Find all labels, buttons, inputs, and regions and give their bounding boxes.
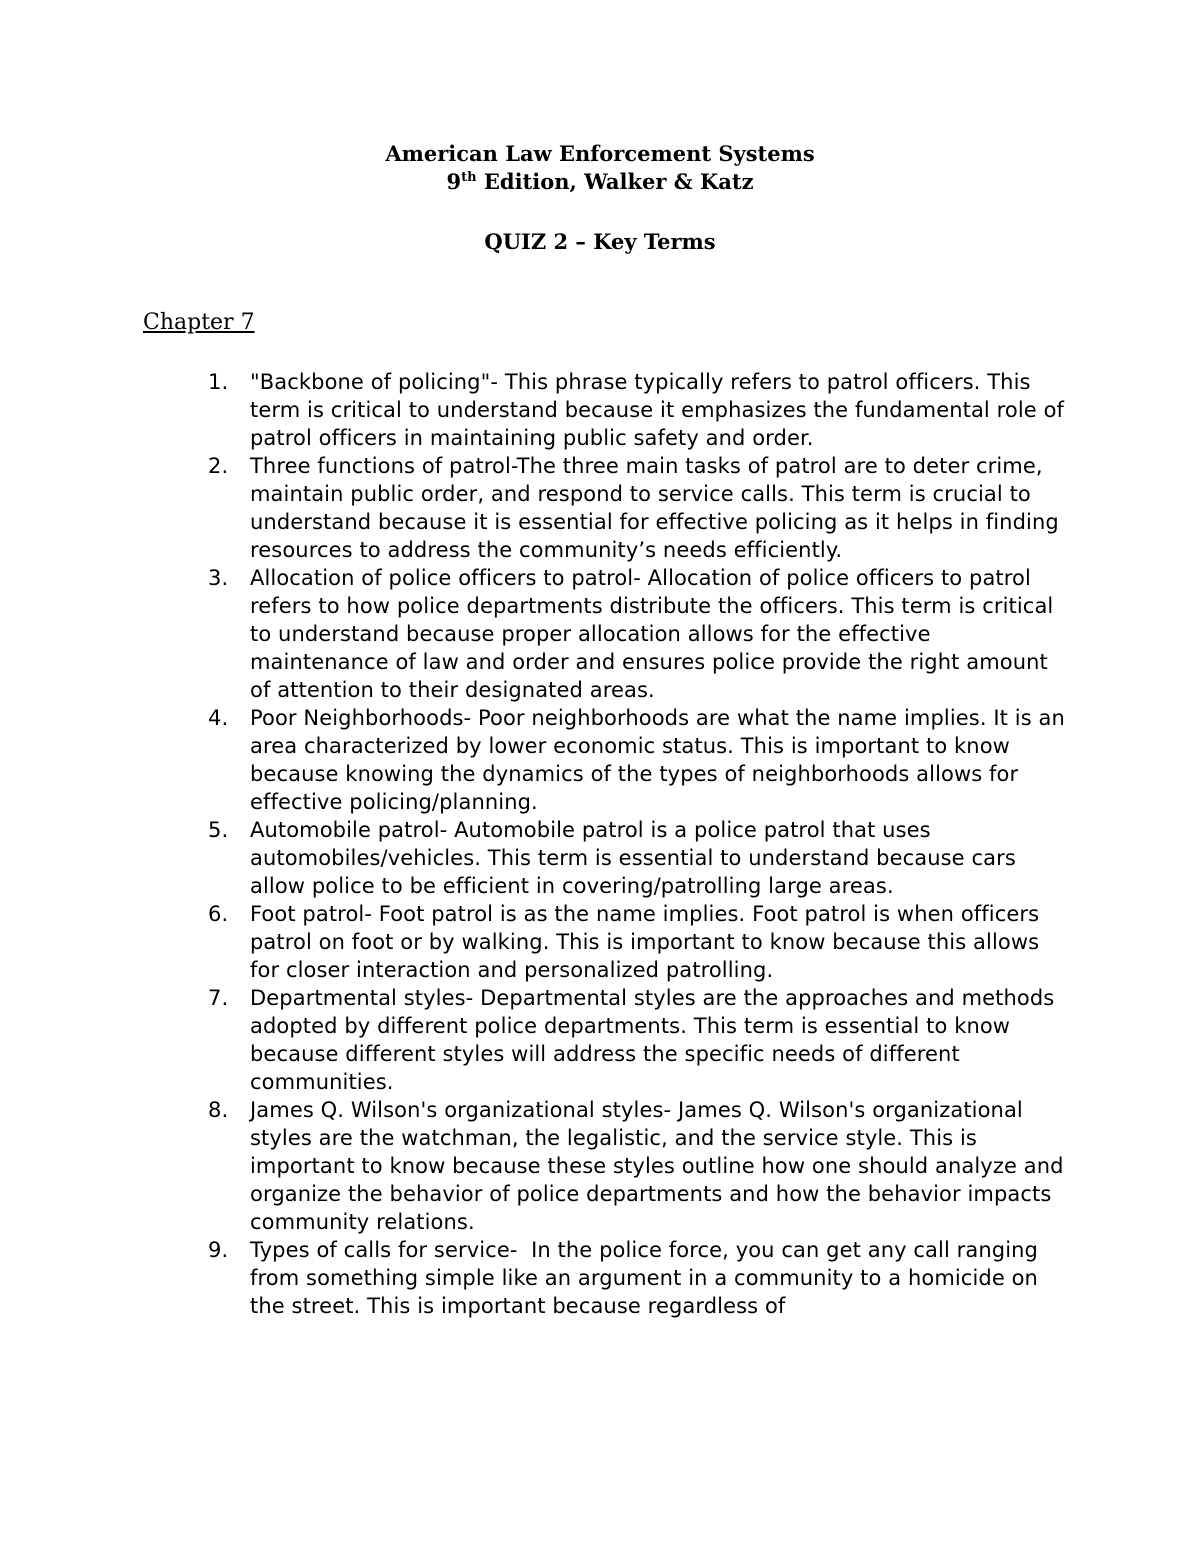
key-term-text: Departmental styles- Departmental styles… <box>250 986 1061 1094</box>
key-term-item: 4. Poor Neighborhoods- Poor neighborhood… <box>250 704 1075 816</box>
key-term-text: Three functions of patrol-The three main… <box>250 454 1066 562</box>
key-term-text: Foot patrol- Foot patrol is as the name … <box>250 902 1046 982</box>
key-term-text: "Backbone of policing"- This phrase typi… <box>250 370 1071 450</box>
key-term-text: Automobile patrol- Automobile patrol is … <box>250 818 1023 898</box>
key-term-number: 5. <box>208 816 228 844</box>
key-term-text: Poor Neighborhoods- Poor neighborhoods a… <box>250 706 1072 814</box>
document-page: American Law Enforcement Systems 9th Edi… <box>0 0 1200 1553</box>
key-term-item: 7. Departmental styles- Departmental sty… <box>250 984 1075 1096</box>
key-term-text: James Q. Wilson's organizational styles-… <box>250 1098 1070 1234</box>
key-term-item: 8. James Q. Wilson's organizational styl… <box>250 1096 1075 1236</box>
quiz-title: QUIZ 2 – Key Terms <box>0 228 1200 256</box>
edition-superscript: th <box>461 170 476 185</box>
key-term-number: 2. <box>208 452 228 480</box>
key-term-number: 7. <box>208 984 228 1012</box>
key-term-item: 5. Automobile patrol- Automobile patrol … <box>250 816 1075 900</box>
document-title: American Law Enforcement Systems <box>0 140 1200 168</box>
key-term-item: 9. Types of calls for service- In the po… <box>250 1236 1075 1320</box>
key-term-number: 1. <box>208 368 228 396</box>
key-term-text: Types of calls for service- In the polic… <box>250 1238 1045 1318</box>
edition-number: 9 <box>446 169 461 194</box>
key-term-number: 6. <box>208 900 228 928</box>
key-term-item: 2. Three functions of patrol-The three m… <box>250 452 1075 564</box>
document-header: American Law Enforcement Systems 9th Edi… <box>0 140 1200 196</box>
edition-authors: Edition, Walker & Katz <box>477 169 754 194</box>
key-term-text: Allocation of police officers to patrol-… <box>250 566 1060 702</box>
key-term-number: 9. <box>208 1236 228 1264</box>
key-term-number: 3. <box>208 564 228 592</box>
edition-line: 9th Edition, Walker & Katz <box>0 168 1200 196</box>
key-term-item: 1. "Backbone of policing"- This phrase t… <box>250 368 1075 452</box>
key-term-number: 4. <box>208 704 228 732</box>
key-term-item: 3. Allocation of police officers to patr… <box>250 564 1075 704</box>
key-term-item: 6. Foot patrol- Foot patrol is as the na… <box>250 900 1075 984</box>
key-term-number: 8. <box>208 1096 228 1124</box>
key-terms-list: 1. "Backbone of policing"- This phrase t… <box>0 368 1075 1320</box>
chapter-heading: Chapter 7 <box>143 308 255 338</box>
